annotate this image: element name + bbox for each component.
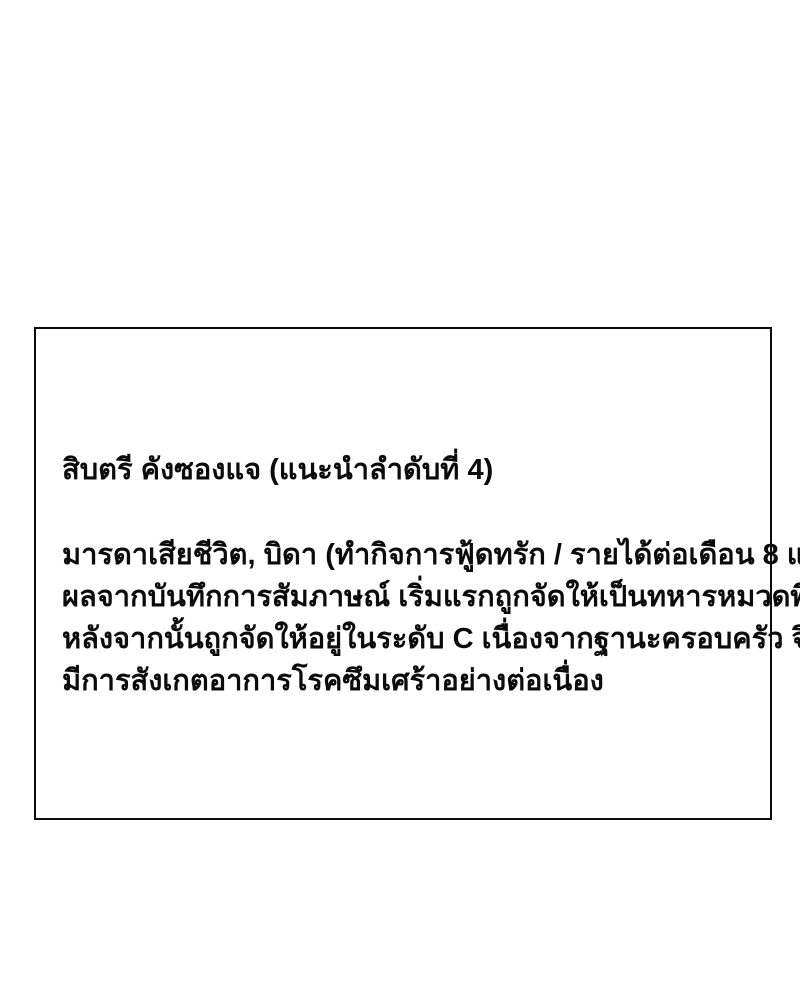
character-info-box: สิบตรี คังซองแจ (แนะนำลำดับที่ 4) มารดาเ… [34, 327, 772, 820]
character-description: มารดาเสียชีวิต, บิดา (ทำกิจการฟู้ดทรัก /… [62, 534, 762, 702]
page-background: สิบตรี คังซองแจ (แนะนำลำดับที่ 4) มารดาเ… [0, 0, 800, 1000]
description-line: มีการสังเกตอาการโรคซึมเศร้าอย่างต่อเนื่อ… [62, 660, 762, 702]
character-title: สิบตรี คังซองแจ (แนะนำลำดับที่ 4) [62, 449, 762, 491]
description-line: หลังจากนั้นถูกจัดให้อยู่ในระดับ C เนื่อง… [62, 618, 762, 660]
description-line: ผลจากบันทึกการสัมภาษณ์ เริ่มแรกถูกจัดให้… [62, 576, 762, 618]
description-line: มารดาเสียชีวิต, บิดา (ทำกิจการฟู้ดทรัก /… [62, 534, 762, 576]
